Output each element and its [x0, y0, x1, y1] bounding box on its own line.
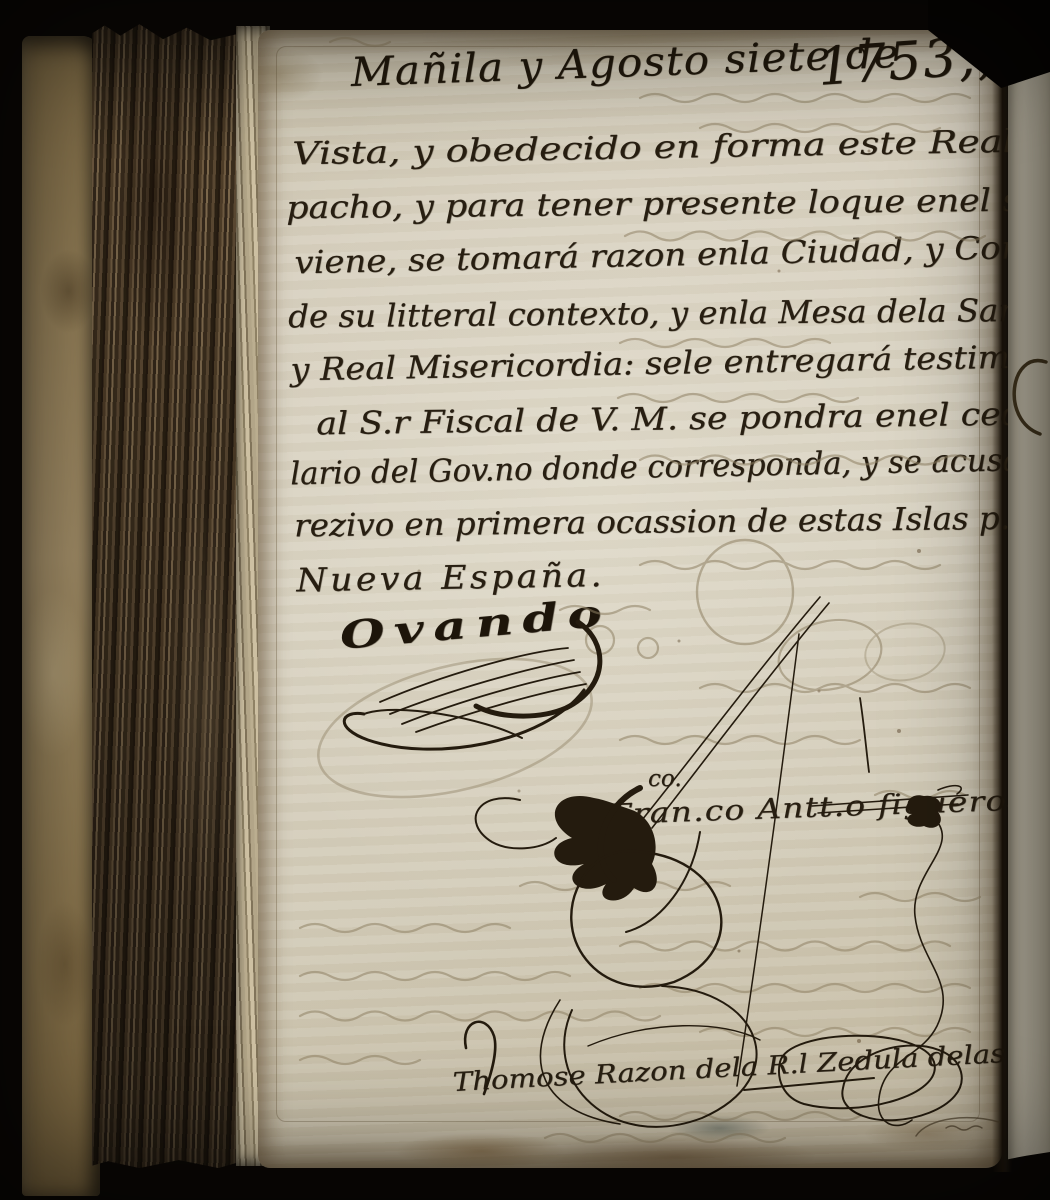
- manuscript-photo-scene: Mañila y Agosto siete de 1753,, Vista, y…: [0, 0, 1050, 1200]
- body-line: Vista, y obedecido en forma este Real De…: [292, 122, 1050, 173]
- ink-speckles: [258, 30, 260, 32]
- vellum-book-cover: [22, 36, 100, 1196]
- body-line: lario del Gov.no donde corresponda, y se…: [290, 440, 1050, 492]
- manuscript-page: Mañila y Agosto siete de 1753,, Vista, y…: [258, 30, 1002, 1168]
- body-line: viene, se tomará razon enla Ciudad, y Co…: [294, 228, 1050, 282]
- registration-note: Thomose Razon dela R.l Zedula delas tres: [452, 1036, 1050, 1098]
- body-line: de su litteral contexto, y enla Mesa del…: [288, 292, 1050, 335]
- body-line: y Real Misericordia: sele entregará test…: [290, 338, 1050, 389]
- governor-signature: Ovando: [338, 589, 613, 658]
- body-line: rezivo en primera ocassion de estas Isla…: [294, 500, 1050, 545]
- notary-superscript: co.: [648, 766, 682, 792]
- body-line: pacho, y para tener presente loque enel …: [286, 181, 1050, 226]
- adjacent-page-edge: [1008, 0, 1050, 1200]
- deteriorated-page-edges: [92, 22, 250, 1168]
- body-line: al S.r Fiscal de V. M. se pondra enel ce…: [316, 396, 1046, 443]
